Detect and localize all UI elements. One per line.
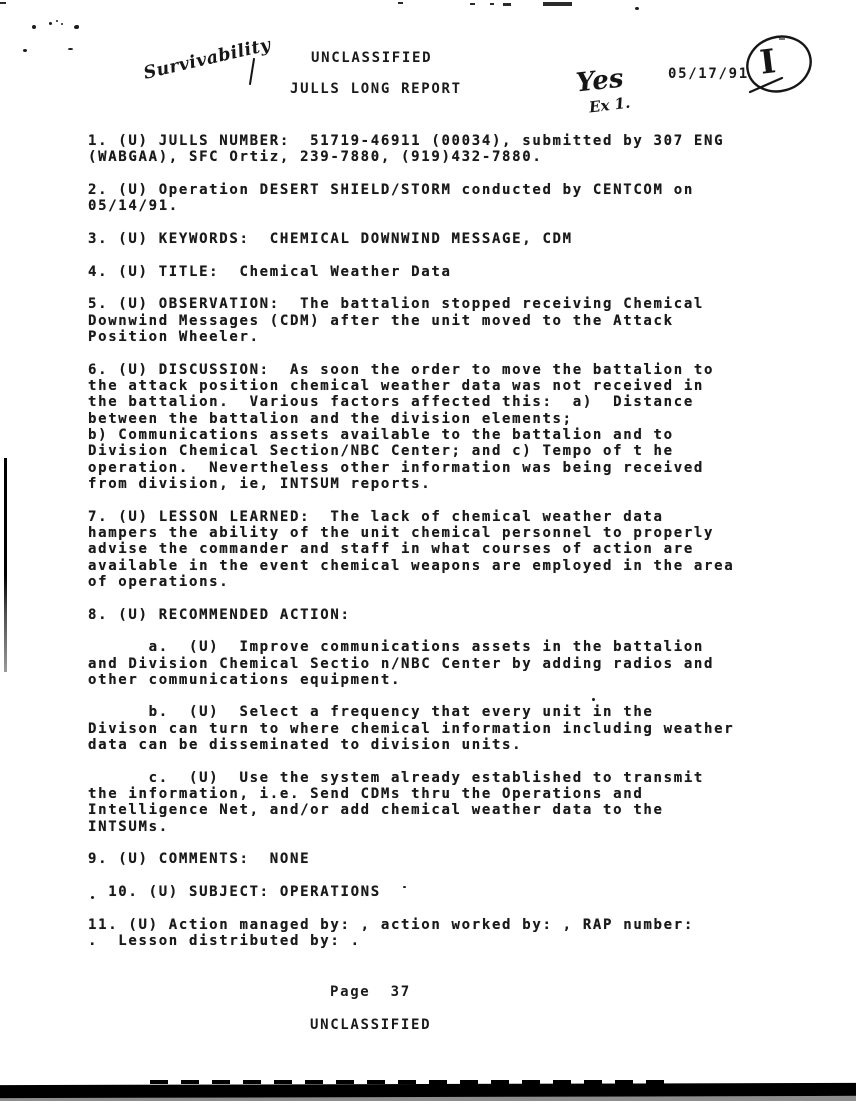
scan-speck	[23, 49, 27, 52]
hand-drawn-circle	[738, 28, 830, 106]
scan-artifact	[543, 2, 572, 6]
scan-artifact	[470, 3, 475, 5]
scan-artifact	[398, 2, 403, 4]
page-number: Page 37	[330, 984, 411, 1000]
scan-artifact	[490, 3, 494, 5]
scan-speck	[68, 48, 73, 50]
pen-stroke	[249, 58, 255, 85]
handwritten-ex-note: Ex 1.	[588, 94, 631, 117]
scan-speck	[74, 25, 79, 29]
scan-speck	[635, 7, 639, 10]
report-date: 05/17/91	[668, 66, 749, 82]
scanned-document-page: Survivability Yes Ex 1. I UNCLASSIFIED J…	[0, 0, 856, 1104]
left-margin-scan-line	[4, 458, 7, 672]
scan-speck	[49, 22, 52, 25]
handwritten-yes-note: Yes	[575, 64, 625, 99]
scan-artifact	[0, 2, 6, 4]
scan-speck	[61, 23, 63, 25]
header-classification: UNCLASSIFIED	[311, 50, 432, 66]
footer-classification: UNCLASSIFIED	[310, 1017, 431, 1033]
scan-speck	[56, 20, 58, 22]
report-body: 1. (U) JULLS NUMBER: 51719-46911 (00034)…	[88, 133, 734, 949]
scan-bottom-bar	[0, 1083, 856, 1098]
scan-speck	[32, 25, 36, 29]
scan-artifact	[503, 3, 511, 6]
report-title: JULLS LONG REPORT	[290, 81, 462, 97]
